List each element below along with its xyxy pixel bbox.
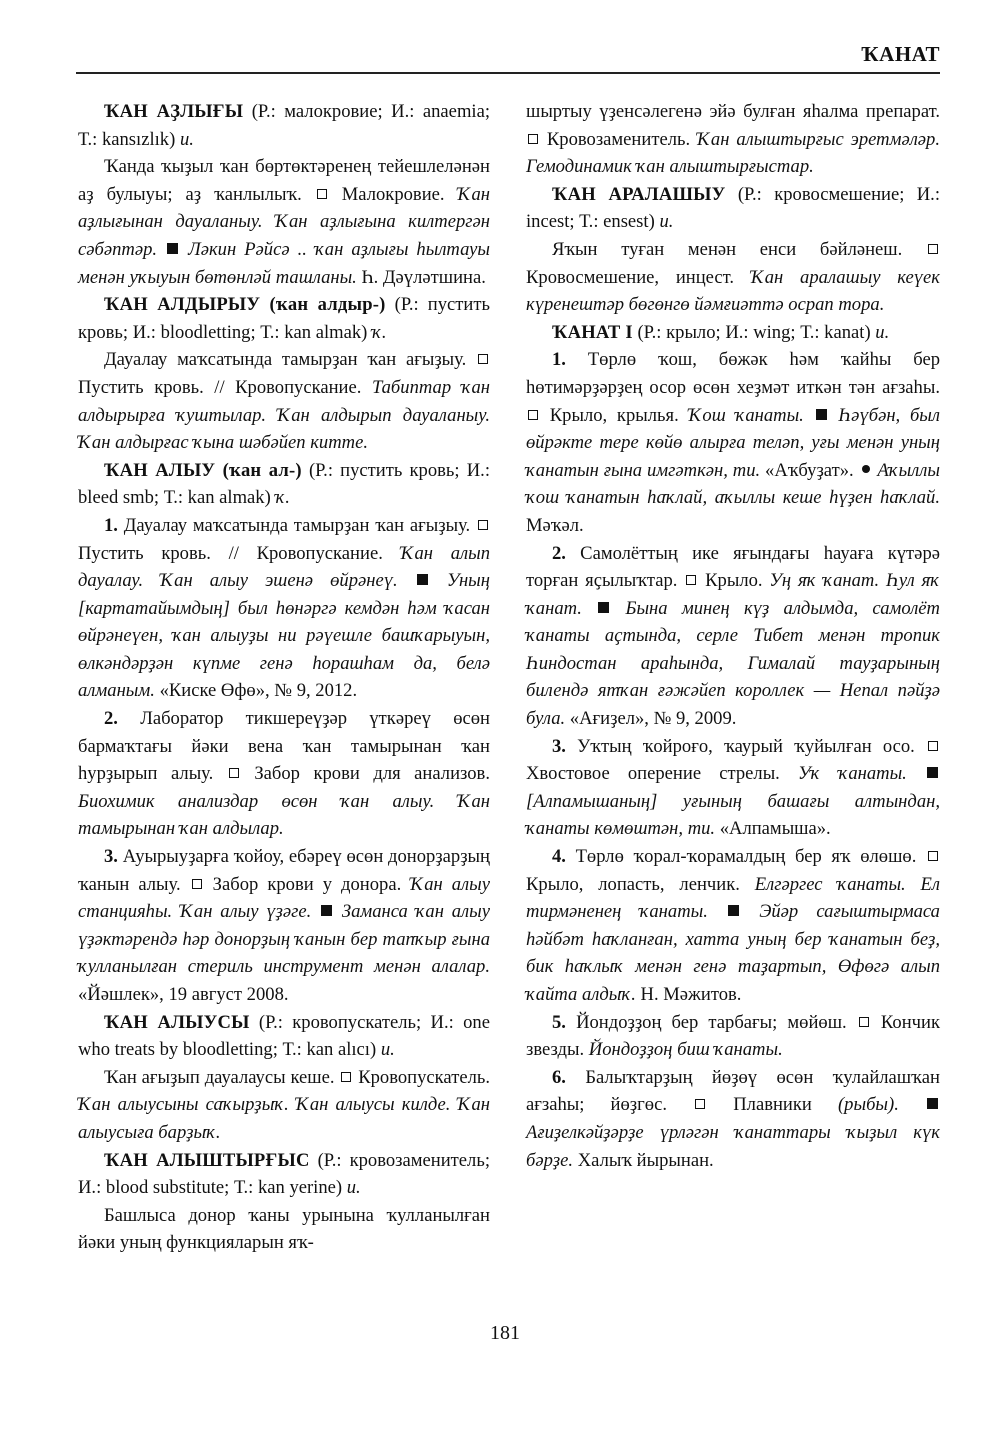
quote-marker-icon (167, 243, 178, 254)
quote-marker-icon (598, 602, 609, 613)
sense: 2. Самолёттың ике яғындағы һауаға күтәрә… (526, 540, 940, 733)
proverb-marker-icon (862, 465, 870, 473)
examples: Йондоҙҙоң биш ҡанаты. (589, 1039, 783, 1060)
translation: Кровосмешение, инцест. (526, 267, 734, 288)
definition: Ҡан ағыҙып дауалаусы кеше. (104, 1067, 334, 1088)
headword: ҠАН АЛЫУ (ҡан ал-) (104, 460, 302, 481)
translation: Малокровие. (342, 184, 445, 205)
translation-note: (рыбы). (838, 1094, 899, 1115)
headword: ҠАН АҘЛЫҒЫ (104, 101, 243, 122)
quote-marker-icon (927, 1098, 938, 1109)
quote-source: «Алпамыша». (720, 818, 831, 839)
running-head: ҠАНАТ (76, 42, 940, 67)
left-column: ҠАН АҘЛЫҒЫ (Р.: малокровие; И.: anaemia;… (78, 98, 490, 1257)
entry-body: Дауалау маҡсатында тамырҙан ҡан ағыҙыу. … (78, 346, 490, 456)
translation: Хвостовое оперение стрелы. (526, 763, 780, 784)
translation-marker-icon (695, 1099, 705, 1109)
examples: Уҡ ҡанаты. (798, 763, 907, 784)
entry-body: Ҡан ағыҙып дауалаусы кеше. Кровопускател… (78, 1064, 490, 1147)
translation-marker-icon (478, 354, 488, 364)
sense-number: 6. (552, 1067, 566, 1088)
headword: ҠАН АЛЫУСЫ (104, 1012, 250, 1033)
quote-source: Һ. Дәүләтшина. (361, 267, 485, 288)
quote-marker-icon (321, 905, 332, 916)
quote-source: «Аҡбуҙат». (765, 460, 854, 481)
definition: Төрлө ҡош, бөжәк һәм ҡайһы бер һөтимәрҙә… (526, 349, 940, 398)
headword: ҠАН АРАЛАШЫУ (552, 184, 725, 205)
sense-number: 3. (104, 846, 118, 867)
header-rule (76, 72, 940, 74)
sense-number: 1. (104, 515, 118, 536)
entry-body: Башлыса донор ҡаны урынына ҡулланылған й… (78, 1202, 490, 1257)
headword: ҠАН АЛДЫРЫУ (ҡан алдыр-) (104, 294, 386, 315)
translation: Плавники (733, 1094, 812, 1115)
quote-marker-icon (417, 574, 428, 585)
dictionary-entry: ҠАН АРАЛАШЫУ (Р.: кровосмешение; И.: inc… (526, 181, 940, 236)
sense: 1. Төрлө ҡош, бөжәк һәм ҡайһы бер һөтимә… (526, 346, 940, 539)
quote-source: «Киске Өфө», № 9, 2012. (160, 680, 358, 701)
headword: ҠАНАТ I (552, 322, 633, 343)
dictionary-entry: ҠАНАТ I (Р.: крыло; И.: wing; Т.: kanat)… (526, 319, 940, 347)
part-of-speech: ҡ. (275, 487, 289, 508)
part-of-speech: и. (381, 1039, 395, 1060)
sense: 2. Лаборатор тикшереүҙәр үткәреү өсөн ба… (78, 705, 490, 843)
examples: Ҡош ҡанаты. (689, 405, 804, 426)
part-of-speech: и. (347, 1177, 361, 1198)
translation-marker-icon (928, 244, 938, 254)
definition: Яҡын туған менән енси бәйләнеш. (552, 239, 902, 260)
page-number: 181 (480, 1322, 530, 1345)
sense: 3. Ауырыуҙарға ҡойоу, ебәреү өсөн донорҙ… (78, 843, 490, 1009)
grammar-info: (Р.: крыло; И.: wing; Т.: kanat) (637, 322, 870, 343)
translation: Забор крови для анализов. (254, 763, 490, 784)
translation: Пустить кровь. // Кровопускание. (78, 543, 383, 564)
sense-number: 4. (552, 846, 566, 867)
translation-marker-icon (528, 410, 538, 420)
translation-marker-icon (478, 520, 488, 530)
definition: шыртыу үҙенсәлегенә эйә булған яһалма пр… (526, 101, 940, 122)
proverb-source: Мәҡәл. (526, 515, 584, 536)
translation: Кровозаменитель. (547, 129, 690, 150)
translation-marker-icon (341, 1072, 351, 1082)
definition: Йондоҙҙоң бер тарбағы; мөйөш. (576, 1012, 847, 1033)
part-of-speech: ҡ. (372, 322, 386, 343)
entry-body: Яҡын туған менән енси бәйләнеш. Кровосме… (526, 236, 940, 319)
sense: 1. Дауалау маҡсатында тамырҙан ҡан ағыҙы… (78, 512, 490, 705)
translation-marker-icon (192, 879, 202, 889)
quote-source: «Ағиҙел», № 9, 2009. (570, 708, 737, 729)
sense-number: 2. (552, 543, 566, 564)
translation: Кровопускатель. (358, 1067, 490, 1088)
examples: Биохимик анализдар өсөн ҡан алыу. Ҡан та… (78, 791, 490, 840)
definition: Башлыса донор ҡаны урынына ҡулланылған й… (78, 1205, 490, 1254)
sense-number: 5. (552, 1012, 566, 1033)
sense-number: 2. (104, 708, 118, 729)
quote-source: «Йәшлек», 19 август 2008. (78, 984, 289, 1005)
sense: 5. Йондоҙҙоң бер тарбағы; мөйөш. Кончик … (526, 1009, 940, 1064)
translation: Крыло. (705, 570, 762, 591)
part-of-speech: и. (180, 129, 194, 150)
sense: 4. Төрлө ҡорал-ҡорамалдың бер яҡ өлөшө. … (526, 843, 940, 1009)
translation: Забор крови у донора. (213, 874, 402, 895)
dictionary-entry: ҠАН АЛЫУСЫ (Р.: кровопускатель; И.: one … (78, 1009, 490, 1064)
translation-marker-icon (528, 134, 538, 144)
quote-marker-icon (728, 905, 739, 916)
translation-marker-icon (928, 851, 938, 861)
headword: ҠАН АЛЫШТЫРҒЫС (104, 1150, 310, 1171)
translation: Пустить кровь. // Кровопускание. (78, 377, 361, 398)
definition: Төрлө ҡорал-ҡорамалдың бер яҡ өлөшө. (576, 846, 917, 867)
right-column: шыртыу үҙенсәлегенә эйә булған яһалма пр… (526, 98, 940, 1174)
sense-number: 1. (552, 349, 566, 370)
translation-marker-icon (317, 189, 327, 199)
translation-marker-icon (229, 768, 239, 778)
definition: Дауалау маҡсатында тамырҙан ҡан ағыҙыу. (124, 515, 470, 536)
sense: 6. Балыҡтарҙың йөҙөү өсөн ҡулайлашҡан ағ… (526, 1064, 940, 1174)
entry-continuation: шыртыу үҙенсәлегенә эйә булған яһалма пр… (526, 98, 940, 181)
dictionary-entry: ҠАН АЛЫУ (ҡан ал-) (Р.: пустить кровь; И… (78, 457, 490, 512)
definition: Уҡтың ҡойроғо, ҡаурый ҡуйылған осо. (577, 736, 915, 757)
sense-number: 3. (552, 736, 566, 757)
examples: Ҡан алыусыны саҡырҙыҡ. Ҡан алыусы килде.… (78, 1094, 490, 1143)
entry-body: Ҡанда ҡыҙыл ҡан бөртөктәренең тейешлелән… (78, 153, 490, 291)
definition: Дауалау маҡсатында тамырҙан ҡан ағыҙыу. (104, 349, 466, 370)
translation: Крыло, лопасть, ленчик. (526, 874, 740, 895)
quote-source: Н. Мәжитов. (641, 984, 742, 1005)
translation-marker-icon (686, 575, 696, 585)
quote-marker-icon (927, 767, 938, 778)
quote-marker-icon (816, 409, 827, 420)
sense: 3. Уҡтың ҡойроғо, ҡаурый ҡуйылған осо. Х… (526, 733, 940, 843)
dictionary-entry: ҠАН АЛЫШТЫРҒЫС (Р.: кровозаменитель; И.:… (78, 1147, 490, 1202)
translation: Крыло, крылья. (550, 405, 679, 426)
translation-marker-icon (859, 1017, 869, 1027)
quote-source: Халыҡ йырынан. (578, 1150, 714, 1171)
translation-marker-icon (928, 741, 938, 751)
part-of-speech: и. (659, 211, 673, 232)
dictionary-entry: ҠАН АҘЛЫҒЫ (Р.: малокровие; И.: anaemia;… (78, 98, 490, 153)
dictionary-entry: ҠАН АЛДЫРЫУ (ҡан алдыр-) (Р.: пустить кр… (78, 291, 490, 346)
part-of-speech: и. (875, 322, 889, 343)
